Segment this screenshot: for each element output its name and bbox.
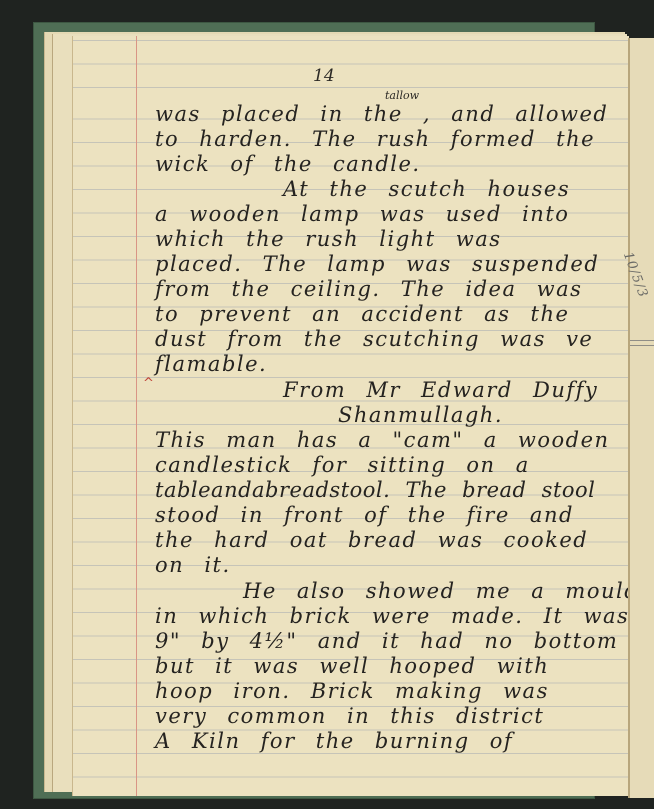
- margin-line: [136, 36, 137, 796]
- text-line: tableandabreadstool. The bread stool: [155, 478, 595, 502]
- text-line: on it.: [155, 553, 231, 577]
- attribution-line: From Mr Edward Duffy: [283, 378, 598, 402]
- text-line: a wooden lamp was used into: [155, 202, 569, 226]
- text-line: the hard oat bread was cooked: [155, 528, 588, 552]
- text-line: A Kiln for the burning of: [155, 729, 513, 753]
- adjacent-page-edge: [628, 38, 654, 798]
- text-line: very common in this district: [155, 704, 544, 728]
- text-line: from the ceiling. The idea was: [155, 277, 582, 301]
- text-line: candlestick for sitting on a: [155, 453, 530, 477]
- insertion-caret: ^: [143, 376, 154, 391]
- text-line: but it was well hooped with: [155, 654, 549, 678]
- text-line: He also showed me a mould: [243, 579, 629, 603]
- text-line: stood in front of the fire and: [155, 503, 574, 527]
- text-line: to prevent an accident as the: [155, 302, 569, 326]
- notebook-page: 14 tallow was placed in the , and allowe…: [72, 36, 629, 796]
- inserted-word: tallow: [385, 89, 419, 102]
- text-line: in which brick were made. It was: [155, 604, 629, 628]
- adjacent-double-rule: [630, 340, 654, 346]
- text-line: which the rush light was: [155, 227, 502, 251]
- text-line: 9" by 4½" and it had no bottom: [155, 629, 618, 653]
- text-line: was placed in the , and allowed: [155, 102, 608, 126]
- page-number: 14: [313, 66, 335, 86]
- text-line: placed. The lamp was suspended: [155, 252, 599, 276]
- text-line: dust from the scutching was ve: [155, 327, 593, 351]
- text-line: to harden. The rush formed the: [155, 127, 595, 151]
- text-line: At the scutch houses: [283, 177, 570, 201]
- text-line: flamable.: [155, 352, 267, 376]
- text-line: This man has a "cam" a wooden: [155, 428, 610, 452]
- text-line: wick of the candle.: [155, 152, 421, 176]
- text-line: hoop iron. Brick making was: [155, 679, 549, 703]
- attribution-place: Shanmullagh.: [338, 403, 503, 427]
